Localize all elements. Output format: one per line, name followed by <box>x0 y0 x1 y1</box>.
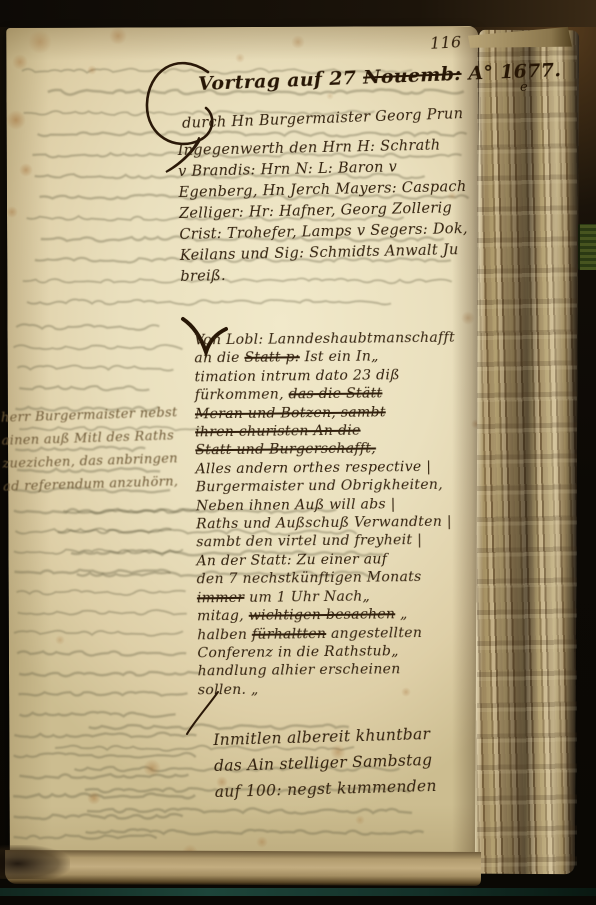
margin-note: herr Burgermaister nebstainen auß Mitl d… <box>1 401 180 499</box>
bleedthrough-line <box>17 365 173 370</box>
bleedthrough-line <box>14 733 196 738</box>
heading-title-suffix: A° 1677. <box>461 59 561 85</box>
bleedthrough-line <box>13 794 195 799</box>
fore-edge-texture <box>477 30 577 874</box>
manuscript-line: Burgermaister und Obrigkheiten, <box>196 476 457 497</box>
manuscript-line: halben fürhaltten angestellten <box>197 623 458 644</box>
bleedthrough-line <box>19 672 201 676</box>
bleedthrough-line <box>19 774 188 778</box>
book-clasp <box>578 224 596 270</box>
bleedthrough-line <box>87 808 412 813</box>
bleedthrough-line <box>16 324 159 330</box>
bleedthrough-line <box>17 590 186 595</box>
page-stack-bottom-edge <box>5 850 481 886</box>
background-top-strip <box>0 0 596 27</box>
closing-paragraph: Inmitlen albereit khuntbardas Ain stelli… <box>213 721 437 805</box>
bleedthrough-line <box>14 814 183 819</box>
bleedthrough-line <box>27 299 391 305</box>
bleedthrough-line <box>14 631 183 636</box>
manuscript-line: Von Lobl: Lanndeshaubtmanschafft <box>194 329 455 350</box>
bleedthrough-line <box>18 610 187 614</box>
page-number: 116 <box>430 32 462 53</box>
manuscript-photo: 116 e Vortrag auf 27 Nouemb: A° 1677. du… <box>0 0 596 905</box>
manuscript-line: sollen. „ <box>198 678 459 699</box>
bleedthrough-line <box>86 829 424 834</box>
bleedthrough-line <box>14 835 157 839</box>
heading-title-struck-month: Nouemb: <box>363 63 462 89</box>
attendees-block: Ingegenwerth den Hrn H: Schrathv Brandis… <box>177 135 468 288</box>
bottom-corner-curl <box>0 845 70 879</box>
bleedthrough-line <box>14 753 196 758</box>
bleedthrough-line <box>17 651 186 655</box>
table-surface-band <box>0 888 596 896</box>
bleedthrough-line <box>20 712 176 717</box>
main-paragraph: Von Lobl: Lanndeshaubtmanschafftan die S… <box>194 329 459 700</box>
bleedthrough-line <box>14 345 183 349</box>
manuscript-line: den 7 nechstkünftigen Monats <box>197 568 458 589</box>
manuscript-line: sambt den virtel und freyheit | <box>196 531 457 552</box>
bleedthrough-line <box>19 386 149 390</box>
bleedthrough-line <box>19 692 188 696</box>
